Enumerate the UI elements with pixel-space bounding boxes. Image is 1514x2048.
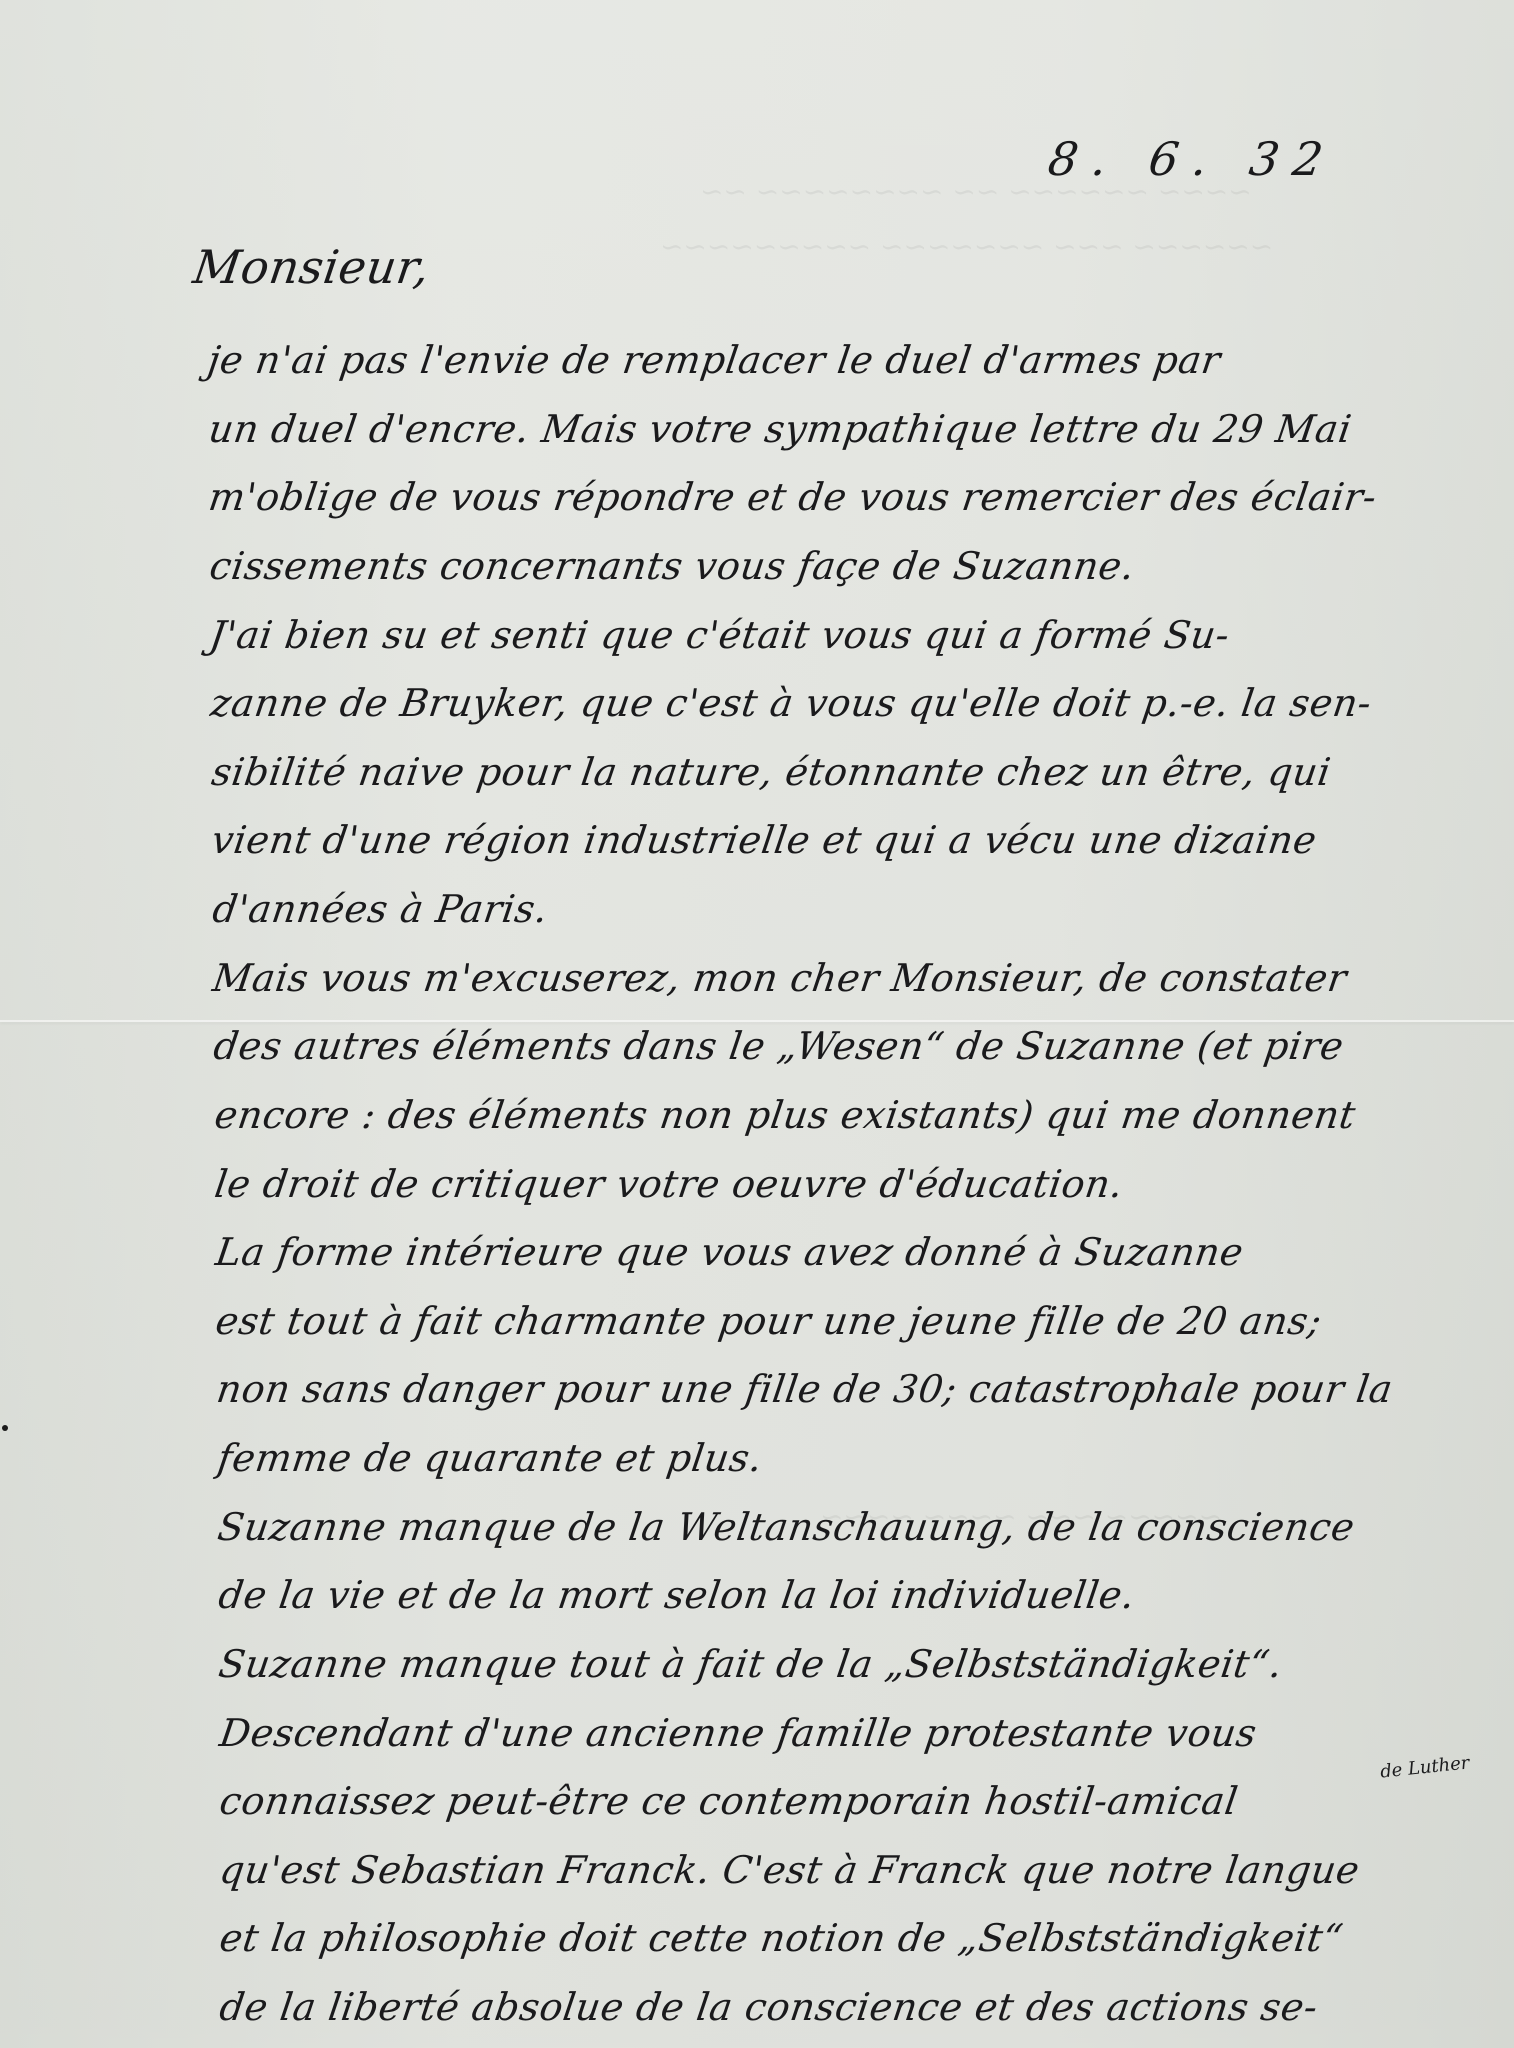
letter-line: et la philosophie doit cette notion de „… [217, 1916, 1346, 1960]
letter-line: J'ai bien su et senti que c'était vous q… [207, 613, 1232, 657]
letter-line: qu'est Sebastian Franck. C'est à Franck … [217, 1848, 1362, 1892]
letter-line: non sans danger pour une fille de 30; ca… [214, 1367, 1396, 1411]
letter-line: de la liberté absolue de la conscience e… [217, 1985, 1321, 2029]
letter-line: m'oblige de vous répondre et de vous rem… [206, 475, 1380, 519]
letter-line: un duel d'encre. Mais votre sympathique … [206, 407, 1354, 451]
letter-line: d'années à Paris. [210, 887, 551, 931]
letter-date: 8. 6. 32 [1045, 132, 1340, 186]
letter-line: sibilité naive pour la nature, étonnante… [209, 750, 1334, 794]
letter-paper: ~~~~ ~~~~~~ ~~ ~~~~~~~~ ~~ ~~~~~~ ~~~ ~~… [0, 0, 1514, 2048]
letter-salutation: Monsieur, [190, 240, 433, 294]
letter-line: Suzanne manque tout à fait de la „Selbst… [216, 1642, 1285, 1686]
letter-line: connaissez peut-être ce contemporain hos… [217, 1779, 1241, 1823]
letter-line: vient d'une région industrielle et qui a… [209, 818, 1320, 862]
bleed-through-text: ~~~~~~ ~~~ ~~~~~~~ ~~~~~~~~~ [660, 230, 1273, 263]
letter-line: femme de quarante et plus. [215, 1436, 765, 1480]
interlinear-annotation: de Luther [1379, 1752, 1470, 1782]
letter-line: Mais vous m'excuserez, mon cher Monsieur… [210, 956, 1350, 1000]
letter-line: encore : des éléments non plus existants… [212, 1093, 1358, 1137]
letter-line: est tout à fait charmante pour une jeune… [213, 1299, 1325, 1343]
letter-line: Suzanne manque de la Weltanschauung, de … [215, 1505, 1358, 1549]
letter-line: Descendant d'une ancienne famille protes… [217, 1711, 1260, 1755]
paper-fold-line [0, 1020, 1514, 1022]
letter-line: zanne de Bruyker, que c'est à vous qu'el… [208, 681, 1374, 725]
letter-line: des autres éléments dans le „Wesen“ de S… [211, 1024, 1347, 1068]
letter-line: cissements concernants vous façe de Suza… [207, 544, 1138, 588]
letter-line: le droit de critiquer votre oeuvre d'édu… [212, 1162, 1126, 1206]
letter-line: je n'ai pas l'envie de remplacer le duel… [205, 338, 1223, 382]
letter-line: La forme intérieure que vous avez donné … [213, 1230, 1246, 1274]
ink-spot [2, 1425, 8, 1431]
letter-line: de la vie et de la mort selon la loi ind… [216, 1573, 1138, 1617]
